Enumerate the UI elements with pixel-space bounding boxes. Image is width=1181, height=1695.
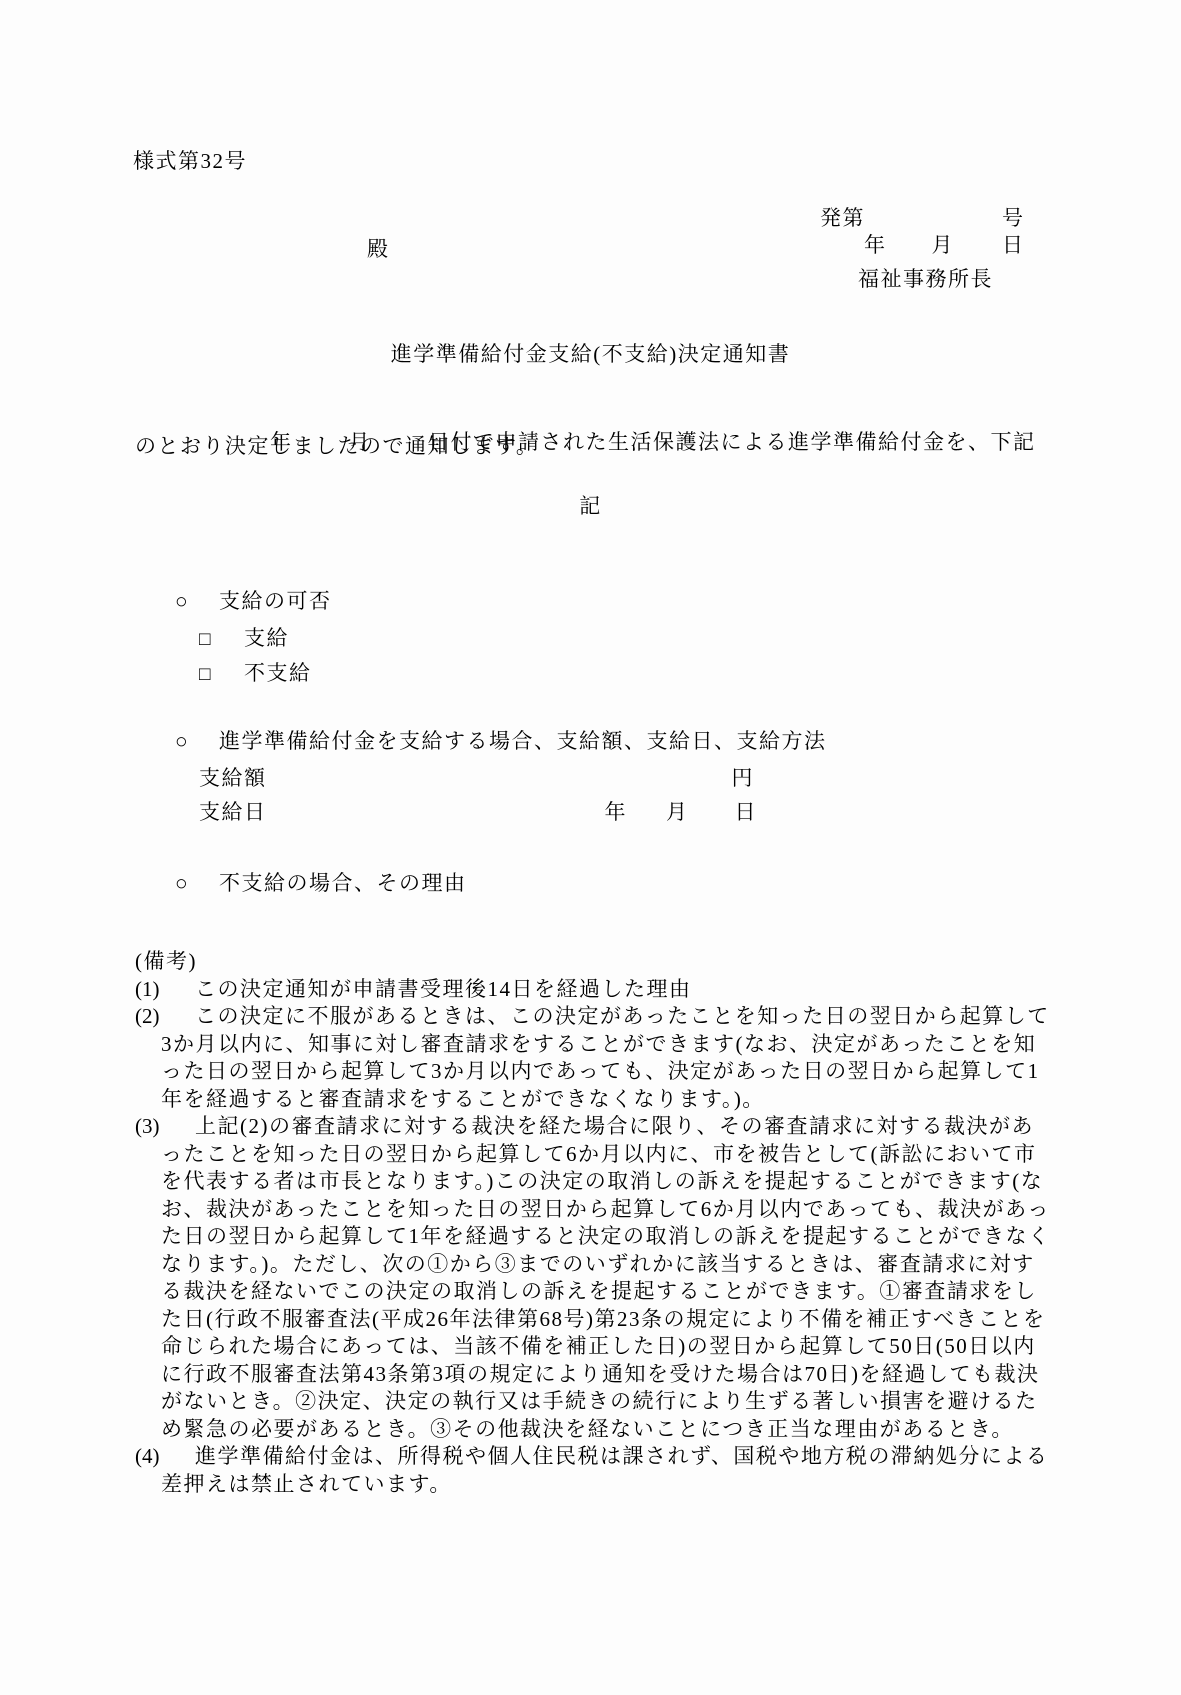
checkbox-nopay-label: 不支給 xyxy=(244,661,312,685)
remark-item-1: (1)この決定通知が申請書受理後14日を経過した理由 xyxy=(135,976,1051,1004)
payment-month-label: 月 xyxy=(666,800,689,824)
issue-month-blank[interactable] xyxy=(887,251,932,252)
intro-line-2: のとおり決定しましたので通知します。 xyxy=(135,435,538,458)
issue-month-label: 月 xyxy=(932,233,955,257)
payment-year-label: 年 xyxy=(605,800,628,824)
issue-year-label: 年 xyxy=(864,233,887,257)
remark-number: (2) xyxy=(135,1003,195,1031)
remark-text: 上記(2)の審査請求に対する裁決を経た場合に限り、その審査請求に対する裁決があっ… xyxy=(161,1114,1051,1441)
circle-marker-icon: ○ xyxy=(175,872,219,895)
issue-day-blank[interactable] xyxy=(954,251,1002,252)
form-number: 様式第32号 xyxy=(133,150,247,173)
payment-day-blank[interactable] xyxy=(689,818,735,819)
remark-item-3: (3)上記(2)の審査請求に対する裁決を経た場合に限り、その審査請求に対する裁決… xyxy=(135,1113,1051,1443)
ki-heading: 記 xyxy=(0,495,1181,518)
remark-item-2: (2)この決定に不服があるときは、この決定があったことを知った日の翌日から起算し… xyxy=(135,1003,1051,1113)
benefit-decision-notice-form: 様式第32号 発第号 年月日 殿 福祉事務所長 進学準備給付金支給(不支給)決定… xyxy=(0,0,1181,1695)
section-denial-title-row: ○不支給の場合、その理由 xyxy=(148,849,467,918)
remark-number: (4) xyxy=(135,1443,195,1471)
option-nopay-row: □不支給 xyxy=(172,639,312,709)
addressee-honorific: 殿 xyxy=(367,238,390,261)
sender-title: 福祉事務所長 xyxy=(858,268,993,291)
remark-text: 進学準備給付金は、所得税や個人住民税は課されず、国税や地方税の滞納処分による差押… xyxy=(161,1444,1048,1496)
document-title: 進学準備給付金支給(不支給)決定通知書 xyxy=(0,343,1181,366)
payment-date-label: 支給日 xyxy=(199,800,267,824)
remarks-heading: (備考) xyxy=(135,948,1051,976)
remark-item-4: (4)進学準備給付金は、所得税や個人住民税は課されず、国税や地方税の滞納処分によ… xyxy=(135,1443,1051,1498)
remark-number: (1) xyxy=(135,976,195,1004)
issue-day-label: 日 xyxy=(1002,233,1025,257)
payment-day-label: 日 xyxy=(735,800,758,824)
remark-text: この決定通知が申請書受理後14日を経過した理由 xyxy=(195,977,692,1001)
payment-month-blank[interactable] xyxy=(627,818,666,819)
payment-year-blank[interactable] xyxy=(267,818,605,819)
payment-date-row: 支給日年月日 xyxy=(172,778,757,847)
checkbox-nopay[interactable]: □ xyxy=(199,663,244,686)
section-denial-title: 不支給の場合、その理由 xyxy=(219,871,467,895)
remark-number: (3) xyxy=(135,1113,195,1141)
remark-text: この決定に不服があるときは、この決定があったことを知った日の翌日から起算して3か… xyxy=(161,1004,1050,1111)
remarks-section: (備考) (1)この決定通知が申請書受理後14日を経過した理由 (2)この決定に… xyxy=(135,948,1051,1498)
